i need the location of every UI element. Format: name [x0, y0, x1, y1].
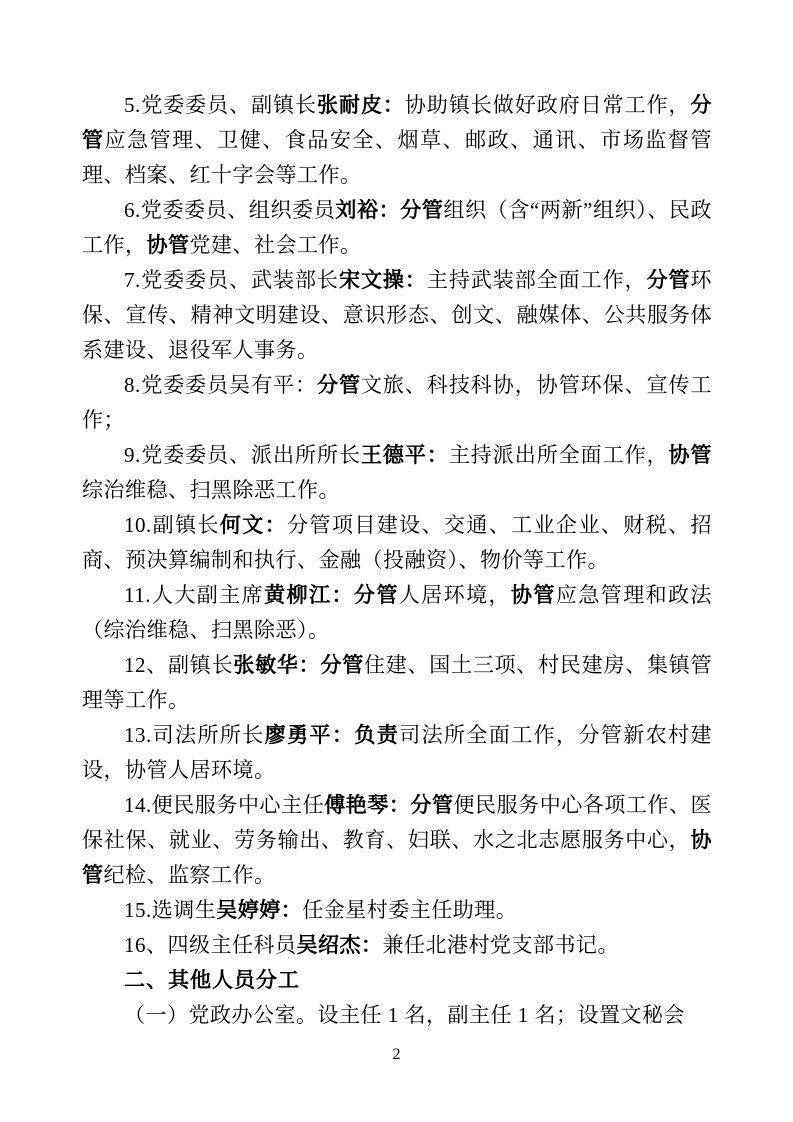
- bold-text-run: 刘裕：: [335, 198, 400, 222]
- bold-text-run: 协管: [511, 583, 556, 607]
- bold-text-run: 吴绍杰：: [297, 933, 383, 957]
- text-run: （一）党政办公室。设主任 1 名，副主任 1 名；设置文秘会: [124, 1003, 685, 1027]
- text-run: 12、副镇长: [124, 653, 233, 677]
- text-run: 纪检、监察工作。: [104, 863, 276, 887]
- text-run: 13.司法所所长: [124, 723, 265, 747]
- bold-text-run: 分管: [410, 793, 453, 817]
- text-run: 协助镇长做好政府日常工作，: [405, 93, 691, 117]
- text-run: 9.党委委员、派出所所长: [124, 443, 361, 467]
- bold-text-run: 分管: [320, 653, 364, 677]
- assignment-item-16: 16、四级主任科员吴绍杰：兼任北港村党支部书记。: [82, 928, 712, 963]
- assignment-item-11: 11.人大副主席黄柳江：分管人居环境，协管应急管理和政法（综治维稳、扫黑除恶）。: [82, 578, 712, 648]
- assignment-item-5: 5.党委委员、副镇长张耐皮：协助镇长做好政府日常工作，分管应急管理、卫健、食品安…: [82, 88, 712, 193]
- bold-text-run: 协管: [147, 233, 190, 257]
- bold-text-run: 张敏华：: [233, 653, 320, 677]
- text-run: 16、四级主任科员: [124, 933, 297, 957]
- bold-text-run: 分管: [354, 583, 399, 607]
- text-run: 任金星村委主任助理。: [302, 898, 517, 922]
- bold-text-run: 吴婷婷：: [216, 898, 302, 922]
- assignment-item-7: 7.党委委员、武装部长宋文操：主持武装部全面工作，分管环保、宣传、精神文明建设、…: [82, 263, 712, 368]
- assignment-item-8: 8.党委委员吴有平：分管文旅、科技科协，协管环保、宣传工作；: [82, 368, 712, 438]
- text-run: 8.党委委员吴有平：: [124, 373, 317, 397]
- bold-text-run: 分管: [400, 198, 443, 222]
- text-run: 15.选调生: [124, 898, 216, 922]
- text-run: 综治维稳、扫黑除恶工作。: [82, 478, 340, 502]
- text-run: 主持武装部全面工作，: [427, 268, 647, 292]
- bold-text-run: 负责: [354, 723, 399, 747]
- text-run: 11.人大副主席: [124, 583, 264, 607]
- text-run: 党建、社会工作。: [190, 233, 362, 257]
- bold-text-run: 分管: [647, 268, 691, 292]
- text-run: 主持派出所全面工作，: [449, 443, 669, 467]
- bold-text-run: 宋文操：: [339, 268, 427, 292]
- text-run: 兼任北港村党支部书记。: [383, 933, 620, 957]
- text-run: 6.党委委员、组织委员: [124, 198, 335, 222]
- page-footer: 2: [0, 1046, 793, 1064]
- bold-text-run: 傅艳琴：: [324, 793, 410, 817]
- page-number: 2: [393, 1046, 401, 1063]
- bold-text-run: 黄柳江：: [264, 583, 354, 607]
- text-run: 应急管理、卫健、食品安全、烟草、邮政、通讯、市场监督管理、档案、红十字会等工作。: [82, 128, 712, 187]
- bold-text-run: 分管: [317, 373, 361, 397]
- text-run: 10.副镇长: [124, 513, 220, 537]
- assignment-item-15: 15.选调生吴婷婷：任金星村委主任助理。: [82, 893, 712, 928]
- assignment-item-13: 13.司法所所长廖勇平：负责司法所全面工作，分管新农村建设，协管人居环境。: [82, 718, 712, 788]
- assignment-item-14: 14.便民服务中心主任傅艳琴：分管便民服务中心各项工作、医保社保、就业、劳务输出…: [82, 788, 712, 893]
- bold-text-run: 张耐皮：: [317, 93, 405, 117]
- assignment-item-12: 12、副镇长张敏华：分管住建、国土三项、村民建房、集镇管理等工作。: [82, 648, 712, 718]
- section-heading-other-staff: 二、其他人员分工: [82, 963, 712, 998]
- document-page: 5.党委委员、副镇长张耐皮：协助镇长做好政府日常工作，分管应急管理、卫健、食品安…: [0, 0, 793, 1122]
- assignment-item-10: 10.副镇长何文：分管项目建设、交通、工业企业、财税、招商、预决算编制和执行、金…: [82, 508, 712, 578]
- text-run: 14.便民服务中心主任: [124, 793, 324, 817]
- assignment-item-6: 6.党委委员、组织委员刘裕：分管组织（含“两新”组织）、民政工作，协管党建、社会…: [82, 193, 712, 263]
- bold-text-run: 廖勇平：: [265, 723, 355, 747]
- text-run: 7.党委委员、武装部长: [124, 268, 339, 292]
- assignment-item-9: 9.党委委员、派出所所长王德平：主持派出所全面工作，协管综治维稳、扫黑除恶工作。: [82, 438, 712, 508]
- bold-text-run: 协管: [669, 443, 712, 467]
- paragraph-party-gov-office: （一）党政办公室。设主任 1 名，副主任 1 名；设置文秘会: [82, 998, 712, 1033]
- document-body: 5.党委委员、副镇长张耐皮：协助镇长做好政府日常工作，分管应急管理、卫健、食品安…: [82, 88, 712, 1033]
- text-run: 人居环境，: [399, 583, 511, 607]
- text-run: 5.党委委员、副镇长: [124, 93, 317, 117]
- bold-text-run: 王德平：: [361, 443, 449, 467]
- bold-text-run: 何文：: [220, 513, 287, 537]
- bold-text-run: 二、其他人员分工: [124, 969, 300, 992]
